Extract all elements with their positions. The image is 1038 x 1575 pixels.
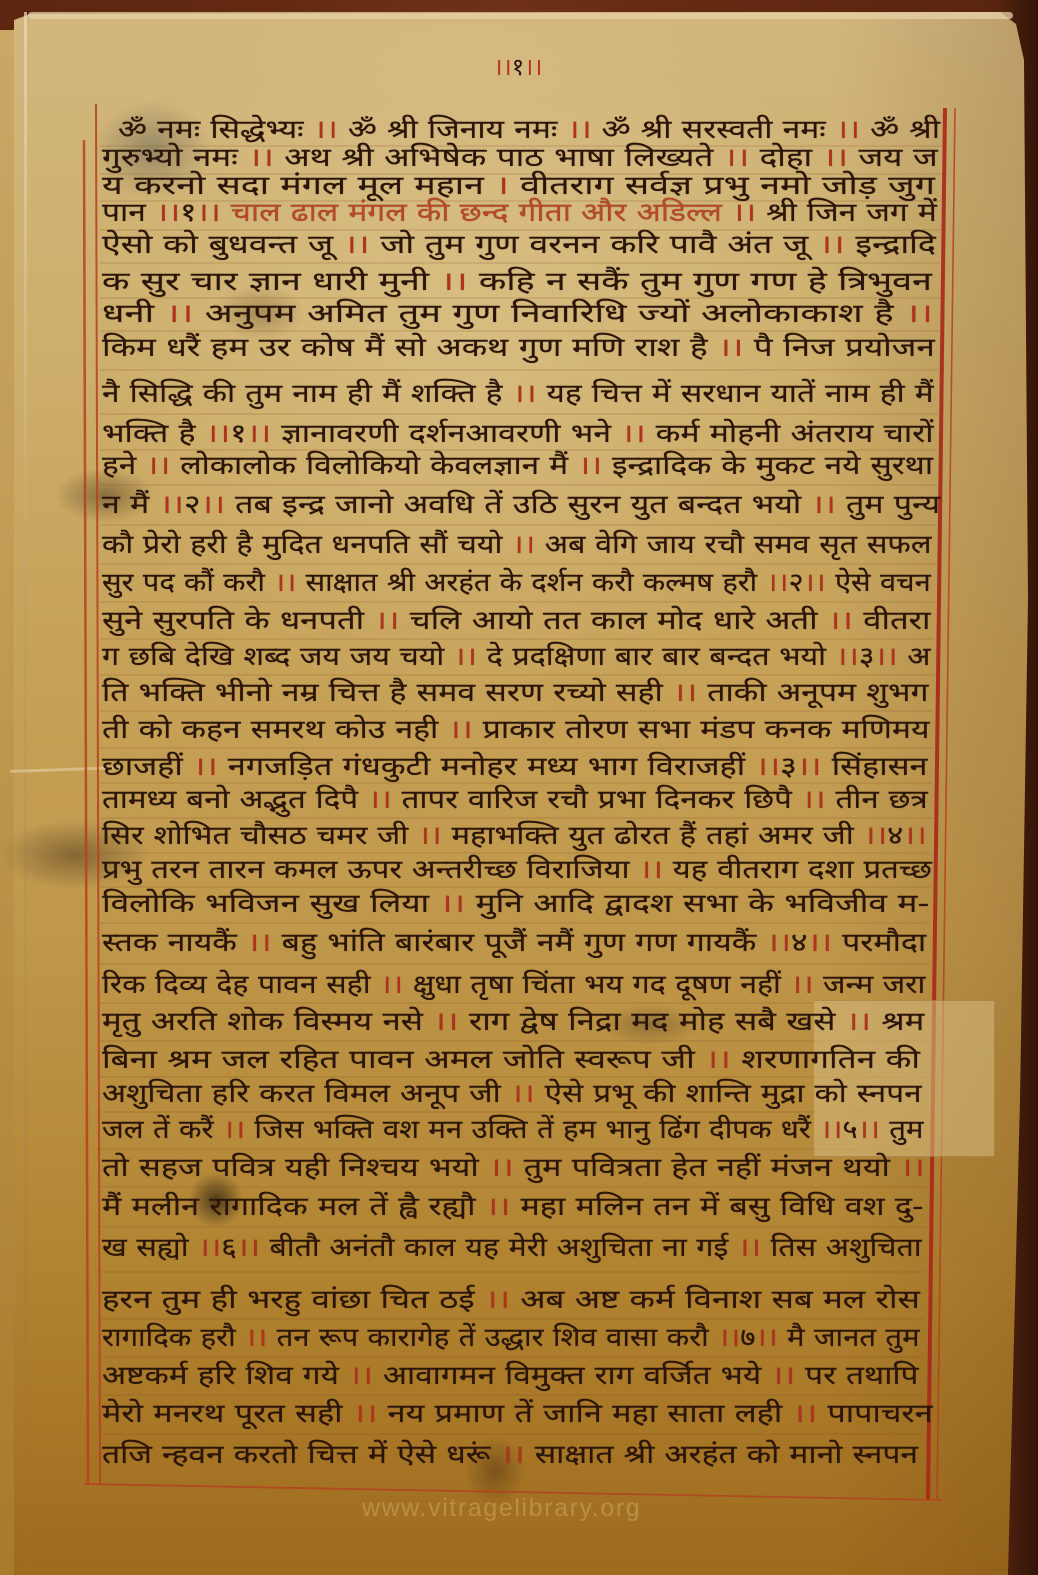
danda-mark: । (344, 230, 357, 260)
line-text: भक्ति है ।।१।। ज्ञानावरणी दर्शनआवरणी भने… (102, 417, 934, 451)
danda-mark: । (919, 299, 933, 329)
danda-mark: । (245, 1323, 256, 1353)
line-text: प्रभु तरन तारन कमल ऊपर अन्तरीच्छ विराजिय… (102, 853, 932, 887)
danda-mark: । (858, 1115, 869, 1145)
danda-mark: । (783, 1361, 795, 1391)
danda-mark: । (218, 419, 230, 449)
danda-mark: । (256, 1323, 267, 1353)
danda-mark: । (259, 928, 271, 958)
line-text: बिना श्रम जल रहित पावन अमल जोति स्वरूप ज… (102, 1043, 920, 1077)
danda-mark: । (749, 1233, 760, 1263)
danda-mark: । (497, 1285, 509, 1315)
line-text: मृतु अरति शोक विस्मय नसे ।। राग द्वेष नि… (102, 1005, 924, 1039)
danda-mark: । (448, 715, 460, 745)
text-line: रागादिक हरौ ।। तन रूप कारागेह तें उद्धार… (102, 1321, 920, 1355)
danda-mark: । (454, 267, 468, 297)
danda-mark: । (440, 889, 453, 919)
danda-mark: । (718, 333, 731, 363)
line-text: ती को कहन समरथ कोउ नही ।। प्राकार तोरण स… (102, 713, 929, 747)
danda-mark: । (685, 678, 697, 708)
danda-mark: । (912, 1153, 924, 1183)
danda-mark: । (285, 568, 296, 598)
line-text: तामध्य बनो अद्भुत दिपै ।। तापर वारिज रचौ… (102, 783, 928, 817)
danda-mark: । (349, 1361, 361, 1391)
line-text: हरन तुम ही भरहु वांछा चित ठई ।। अब अष्ट … (102, 1283, 920, 1317)
danda-mark: । (353, 1399, 365, 1429)
line-text: मैं मलीन रागादिक मल तें ह्वै रह्यौ ।। मह… (102, 1190, 924, 1224)
line-text: ऐसो को बुधवन्त जू ।। जो तुम गुण वरनन करि… (102, 228, 936, 262)
text-line: हरन तुम ही भरहु वांछा चित ठई ।। अब अष्ट … (102, 1283, 920, 1317)
danda-mark: । (767, 1323, 778, 1353)
danda-mark: । (513, 379, 525, 409)
danda-mark: । (248, 1233, 259, 1263)
rubric-text: चाल ढाल मंगल की छन्द गीता और अडिल्ल (231, 198, 722, 228)
line-text: किम धरैं हम उर कोष मैं सो अकथ गुण मणि रा… (102, 331, 935, 365)
danda-mark: । (501, 1153, 513, 1183)
danda-mark: । (804, 568, 815, 598)
danda-mark: । (168, 198, 180, 228)
line-text: पान ।।१।। चाल ढाल मंगल की छन्द गीता और अ… (102, 196, 937, 230)
danda-mark: । (380, 785, 392, 815)
line-text: हने ।। लोकालोक विलोकियो केवलज्ञान मैं ।।… (102, 449, 933, 483)
danda-mark: । (501, 1440, 513, 1470)
line-text: तो सहज पवित्र यही निश्चय भयो ।। तुम पवित… (102, 1151, 925, 1185)
line-text: तजि न्हवन करतो चित्त में ऐसे धरूं ।। साक… (102, 1438, 918, 1472)
danda-mark: । (433, 1007, 445, 1037)
danda-mark: । (639, 855, 651, 885)
text-line: ति भक्ति भीनो नम्र चित्त है समव सरण रच्य… (102, 676, 929, 710)
text-line: रिक दिव्य देह पावन सही ।। क्षुधा तृषा चि… (102, 968, 925, 1002)
text-line: ग छबि देखि शब्द जय जय चयो ।। दे प्रदक्षि… (102, 640, 930, 674)
danda-mark: । (234, 1115, 245, 1145)
danda-mark: । (836, 642, 848, 672)
danda-mark: । (440, 267, 454, 297)
danda-mark: । (524, 53, 533, 81)
line-text: रागादिक हरौ ।। तन रूप कारागेह तें उद्धार… (102, 1321, 920, 1355)
danda-mark: । (805, 1399, 817, 1429)
danda-mark: । (418, 821, 430, 851)
danda-mark: । (498, 1192, 510, 1222)
danda-mark: । (915, 821, 927, 851)
danda-mark: । (875, 642, 887, 672)
danda-mark: । (732, 198, 744, 228)
danda-mark: । (489, 1153, 501, 1183)
danda-mark: । (486, 1192, 498, 1222)
danda-mark: । (738, 1233, 749, 1263)
watermark: www.vitragelibrary.org (362, 1494, 641, 1523)
text-line: मैं मलीन रागादिक मल तें ह्वै रह्यौ ।। मह… (102, 1190, 924, 1224)
danda-mark: । (651, 855, 663, 885)
danda-mark: । (797, 752, 809, 782)
line-text: ति भक्ति भीनो नम्र चित्त है समव सरण रच्य… (102, 676, 928, 710)
danda-mark: । (209, 198, 221, 228)
danda-mark: । (777, 568, 788, 598)
text-line: न मैं ।।२।। तब इन्द्र जानो अवधि तें उठि … (102, 488, 940, 522)
text-line: धनी ।। अनुपम अमित तुम गुण निवारिधि ज्यों… (102, 297, 933, 331)
danda-mark: । (156, 198, 168, 228)
danda-mark: । (905, 299, 919, 329)
danda-mark: । (197, 198, 209, 228)
danda-mark: । (525, 379, 537, 409)
text-line: सिर शोभित चौसठ चमर जी ।। महाभक्ति युत ढो… (102, 819, 927, 853)
line-text: ख सह्यो ।।६।। बीतौ अनंतौ काल यह मेरी अशु… (102, 1231, 922, 1265)
danda-mark: । (718, 1323, 729, 1353)
text-line: स्तक नायकैं ।। बहु भांति बारंबार पूजैं न… (102, 926, 926, 960)
danda-mark: । (791, 970, 802, 1000)
danda-mark: । (198, 1233, 209, 1263)
text-line: अष्टकर्म हरि शिव गये ।। आवागमन विमुक्त र… (102, 1359, 919, 1393)
danda-mark: । (166, 299, 180, 329)
danda-mark: । (193, 752, 205, 782)
danda-mark: । (802, 970, 813, 1000)
page-number: ।।१।। (470, 52, 566, 82)
danda-mark: । (768, 752, 780, 782)
danda-mark: । (811, 490, 823, 520)
danda-mark: । (357, 230, 370, 260)
text-line: विलोकि भविजन सुख लिया ।। मुनि आदि द्वादश… (102, 887, 930, 921)
line-text: मेरो मनरथ पूरत सही ।। नय प्रमाण तें जानि… (102, 1397, 933, 1431)
danda-mark: । (779, 928, 791, 958)
text-line: कौ प्रेरो हरी है मुदित धनपति सौं चयो ।। … (102, 528, 932, 562)
text-line: मृतु अरति शोक विस्मय नसे ।। राग द्वेष नि… (102, 1005, 924, 1039)
line-text: जल तें करैं ।। जिस भक्ति वश मन उक्ति तें… (102, 1113, 923, 1147)
danda-mark: । (767, 928, 779, 958)
danda-mark: । (201, 490, 213, 520)
text-line: बिना श्रम जल रहित पावन अमल जोति स्वरूप ज… (102, 1043, 920, 1077)
danda-mark: । (824, 490, 836, 520)
danda-mark: । (828, 606, 840, 636)
danda-mark: । (802, 785, 814, 815)
danda-mark: । (815, 568, 826, 598)
danda-mark: । (578, 451, 590, 481)
line-text: सिर शोभित चौसठ चमर जी ।। महाभक्ति युत ढो… (102, 819, 927, 853)
danda-mark: । (361, 1361, 373, 1391)
danda-mark: । (523, 1079, 535, 1109)
danda-mark: । (146, 451, 158, 481)
danda-mark: । (503, 53, 512, 81)
danda-mark: । (259, 419, 271, 449)
danda-mark: । (731, 333, 744, 363)
danda-mark: । (864, 821, 876, 851)
danda-mark: । (814, 785, 826, 815)
text-line: छाजहीं ।। नगजड़ित गंधकुटी मनोहर मध्य भाग… (102, 750, 928, 784)
text-line: भक्ति है ।।१।। ज्ञानावरणी दर्शनआवरणी भने… (102, 417, 933, 451)
danda-mark: । (179, 299, 193, 329)
danda-mark: । (247, 928, 259, 958)
danda-mark: । (809, 752, 821, 782)
danda-mark: । (158, 451, 170, 481)
danda-mark: । (831, 1115, 842, 1145)
danda-mark: । (205, 752, 217, 782)
danda-mark: । (820, 1115, 831, 1145)
text-line: प्रभु तरन तारन कमल ऊपर अन्तरीच्छ विराजिय… (102, 853, 932, 887)
danda-mark: । (223, 1115, 234, 1145)
line-text: नै सिद्धि की तुम नाम ही मैं शक्ति है ।। … (102, 377, 934, 411)
danda-mark: । (886, 642, 898, 672)
danda-mark: । (744, 198, 756, 228)
danda-mark: । (237, 1233, 248, 1263)
danda-mark: । (365, 1399, 377, 1429)
danda-mark: । (159, 490, 171, 520)
danda-mark: । (206, 419, 218, 449)
danda-mark: । (430, 821, 442, 851)
text-line: ती को कहन समरथ कोउ नही ।। प्राकार तोरण स… (102, 713, 929, 747)
danda-mark: । (210, 1233, 221, 1263)
danda-mark: । (869, 1115, 880, 1145)
danda-mark: । (633, 419, 645, 449)
danda-mark: । (875, 821, 887, 851)
danda-mark: । (729, 1323, 740, 1353)
danda-mark: । (513, 1440, 525, 1470)
danda-mark: । (524, 530, 536, 560)
line-text: अष्टकर्म हरि शिव गये ।। आवागमन विमुक्त र… (102, 1359, 918, 1393)
text-line: ख सह्यो ।।६।। बीतौ अनंतौ काल यह मेरी अशु… (102, 1231, 922, 1265)
line-text: क सुर चार ज्ञान धारी मुनी ।। कहि न सकैं … (102, 265, 932, 299)
danda-mark: । (840, 606, 852, 636)
danda-mark: । (511, 1079, 523, 1109)
line-text: सुने सुरपति के धनपती ।। चलि आयो तत काल म… (102, 604, 931, 638)
danda-mark: । (755, 752, 767, 782)
danda-mark: । (846, 1007, 858, 1037)
danda-mark: । (465, 642, 477, 672)
danda-mark: । (387, 606, 399, 636)
danda-mark: । (755, 1323, 766, 1353)
danda-mark: । (903, 821, 915, 851)
danda-mark: । (392, 970, 403, 1000)
line-text: ग छबि देखि शब्द जय जय चयो ।। दे प्रदक्षि… (102, 640, 930, 674)
danda-mark: । (820, 928, 832, 958)
danda-mark: । (454, 642, 466, 672)
text-line: पान ।।१।। चाल ढाल मंगल की छन्द गीता और अ… (102, 196, 937, 230)
text-line: नै सिद्धि की तुम नाम ही मैं शक्ति है ।। … (102, 377, 934, 411)
danda-mark: । (900, 1153, 912, 1183)
line-text: विलोकि भविजन सुख लिया ।। मुनि आदि द्वादश… (102, 887, 929, 921)
text-line: जल तें करैं ।। जिस भक्ति वश मन उक्ति तें… (102, 1113, 923, 1147)
danda-mark: । (793, 1399, 805, 1429)
danda-mark: । (172, 490, 184, 520)
danda-mark: । (858, 1007, 870, 1037)
danda-mark: । (771, 1361, 783, 1391)
line-text: न मैं ।।२।। तब इन्द्र जानो अवधि तें उठि … (102, 488, 940, 522)
text-line: क सुर चार ज्ञान धारी मुनी ।। कहि न सकैं … (102, 265, 932, 299)
danda-mark: । (274, 568, 285, 598)
danda-mark: । (375, 606, 387, 636)
danda-mark: । (461, 715, 473, 745)
danda-mark: । (380, 970, 391, 1000)
text-line: किम धरैं हम उर कोष मैं सो अकथ गुण मणि रा… (102, 331, 935, 365)
text-line: तो सहज पवित्र यही निश्चय भयो ।। तुम पवित… (102, 1151, 924, 1185)
text-line: ऐसो को बुधवन्त जू ।। जो तुम गुण वरनन करि… (102, 228, 936, 262)
text-line: तजि न्हवन करतो चित्त में ऐसे धरूं ।। साक… (102, 1438, 918, 1472)
text-line: सुर पद कौं करौ ।। साक्षात श्री अरहंत के … (102, 566, 931, 600)
danda-mark: । (705, 1045, 718, 1075)
line-text: रिक दिव्य देह पावन सही ।। क्षुधा तृषा चि… (102, 968, 925, 1002)
danda-mark: । (485, 1285, 497, 1315)
danda-mark: । (832, 230, 845, 260)
danda-mark: । (590, 451, 602, 481)
text-line: अशुचिता हरि करत विमल अनूप जी ।। ऐसे प्रभ… (102, 1077, 922, 1111)
danda-mark: । (718, 1045, 731, 1075)
danda-mark: । (847, 642, 859, 672)
danda-mark: । (808, 928, 820, 958)
line-text: कौ प्रेरो हरी है मुदित धनपति सौं चयो ।। … (102, 528, 932, 562)
line-text: छाजहीं ।। नगजड़ित गंधकुटी मनोहर मध्य भाग… (102, 750, 927, 784)
danda-mark: । (213, 490, 225, 520)
line-text: स्तक नायकैं ।। बहु भांति बारंबार पूजैं न… (102, 926, 926, 960)
danda-mark: । (368, 785, 380, 815)
danda-mark: । (494, 53, 503, 81)
danda-mark: । (819, 230, 832, 260)
text-line: मेरो मनरथ पूरत सही ।। नय प्रमाण तें जानि… (102, 1397, 932, 1431)
text-line: सुने सुरपति के धनपती ।। चलि आयो तत काल म… (102, 604, 931, 638)
danda-mark: । (766, 568, 777, 598)
danda-mark: । (673, 678, 685, 708)
danda-mark: । (247, 419, 259, 449)
danda-mark: । (621, 419, 633, 449)
text-line: हने ।। लोकालोक विलोकियो केवलज्ञान मैं ।।… (102, 449, 933, 483)
danda-mark: । (512, 530, 524, 560)
danda-mark: । (533, 53, 542, 81)
text-line: तामध्य बनो अद्भुत दिपै ।। तापर वारिज रचौ… (102, 783, 928, 817)
line-text: सुर पद कौं करौ ।। साक्षात श्री अरहंत के … (102, 566, 931, 600)
line-text: अशुचिता हरि करत विमल अनूप जी ।। ऐसे प्रभ… (102, 1077, 922, 1111)
line-text: धनी ।। अनुपम अमित तुम गुण निवारिधि ज्यों… (102, 297, 933, 331)
danda-mark: । (446, 1007, 458, 1037)
danda-mark: । (452, 889, 465, 919)
